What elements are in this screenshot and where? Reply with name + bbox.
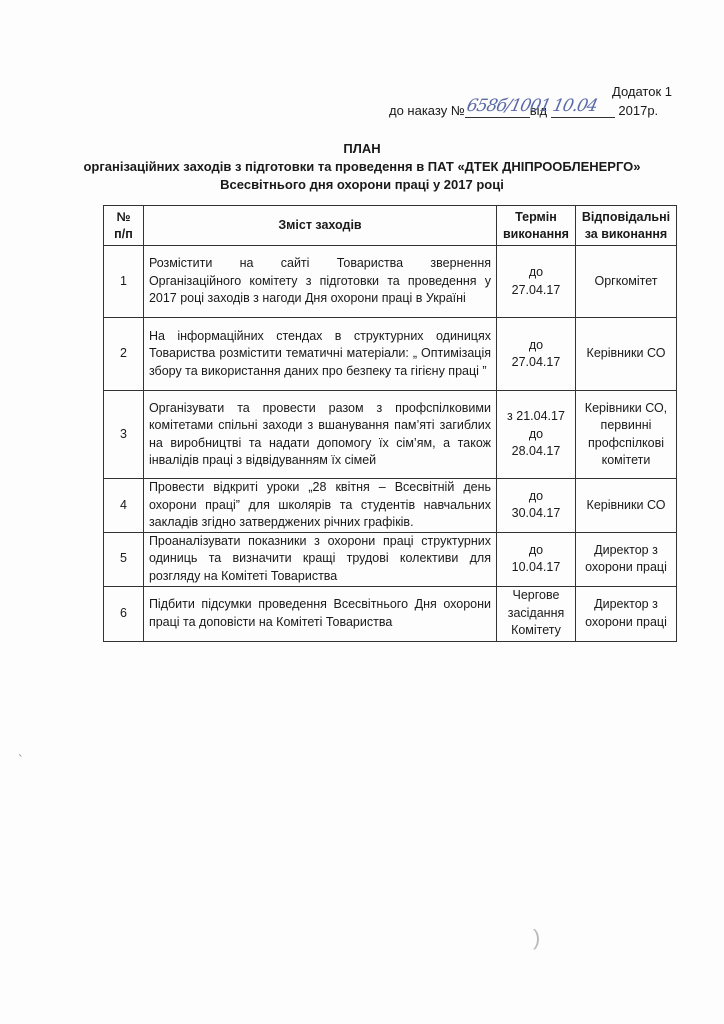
row-term: до 27.04.17 (497, 318, 576, 391)
row-num: 4 (104, 479, 144, 533)
title-line-1: ПЛАН (0, 140, 724, 158)
row-responsible: Керівники СО, первинні профспілкові комі… (575, 391, 676, 479)
table-row: 4 Провести відкриті уроки „28 квітня – В… (104, 479, 677, 533)
row-content: Розмістити на сайті Товариства звернення… (143, 246, 496, 318)
table-row: 5 Проаналізувати показники з охорони пра… (104, 532, 677, 586)
plan-table: № п/п Зміст заходів Термін виконання Від… (103, 205, 677, 642)
row-responsible: Оргкомітет (575, 246, 676, 318)
row-num: 3 (104, 391, 144, 479)
header-content: Зміст заходів (143, 206, 496, 246)
row-term: з 21.04.17 до 28.04.17 (497, 391, 576, 479)
row-term: до 30.04.17 (497, 479, 576, 533)
header-num: № п/п (104, 206, 144, 246)
table-row: 1 Розмістити на сайті Товариства звернен… (104, 246, 677, 318)
row-responsible: Керівники СО (575, 318, 676, 391)
row-num: 2 (104, 318, 144, 391)
annex-label: Додаток 1 (612, 84, 672, 99)
order-reference: до наказу №658б/1001від 10.04 2017р. (389, 103, 658, 118)
header-responsible: Відповідальні за виконання (575, 206, 676, 246)
document-title: ПЛАН організаційних заходів з підготовки… (0, 140, 724, 194)
row-content: На інформаційних стендах в структурних о… (143, 318, 496, 391)
row-content: Підбити підсумки проведення Всесвітнього… (143, 586, 496, 641)
row-content: Проаналізувати показники з охорони праці… (143, 532, 496, 586)
title-line-2: організаційних заходів з підготовки та п… (0, 158, 724, 176)
order-date-handwritten: 10.04 (551, 96, 599, 116)
order-number-field: 658б/1001 (465, 103, 530, 118)
order-date-field: 10.04 (551, 103, 615, 118)
row-term: Чергове засідання Комітету (497, 586, 576, 641)
scan-artifact: ׳ (18, 753, 29, 762)
table-header-row: № п/п Зміст заходів Термін виконання Від… (104, 206, 677, 246)
scan-artifact: ) (533, 925, 540, 951)
row-content: Організувати та провести разом з профспі… (143, 391, 496, 479)
row-term: до 10.04.17 (497, 532, 576, 586)
table-row: 6 Підбити підсумки проведення Всесвітньо… (104, 586, 677, 641)
row-num: 6 (104, 586, 144, 641)
header-term: Термін виконання (497, 206, 576, 246)
table-row: 2 На інформаційних стендах в структурних… (104, 318, 677, 391)
order-number-handwritten: 658б/1001 (465, 96, 552, 116)
title-line-3: Всесвітнього дня охорони праці у 2017 ро… (0, 176, 724, 194)
row-responsible: Директор з охорони праці (575, 532, 676, 586)
order-year: 2017р. (618, 103, 658, 118)
document-page: Додаток 1 до наказу №658б/1001від 10.04 … (0, 0, 724, 1024)
row-num: 5 (104, 532, 144, 586)
order-prefix: до наказу № (389, 103, 465, 118)
table-row: 3 Організувати та провести разом з профс… (104, 391, 677, 479)
row-num: 1 (104, 246, 144, 318)
row-term: до 27.04.17 (497, 246, 576, 318)
row-content: Провести відкриті уроки „28 квітня – Все… (143, 479, 496, 533)
row-responsible: Директор з охорони праці (575, 586, 676, 641)
row-responsible: Керівники СО (575, 479, 676, 533)
